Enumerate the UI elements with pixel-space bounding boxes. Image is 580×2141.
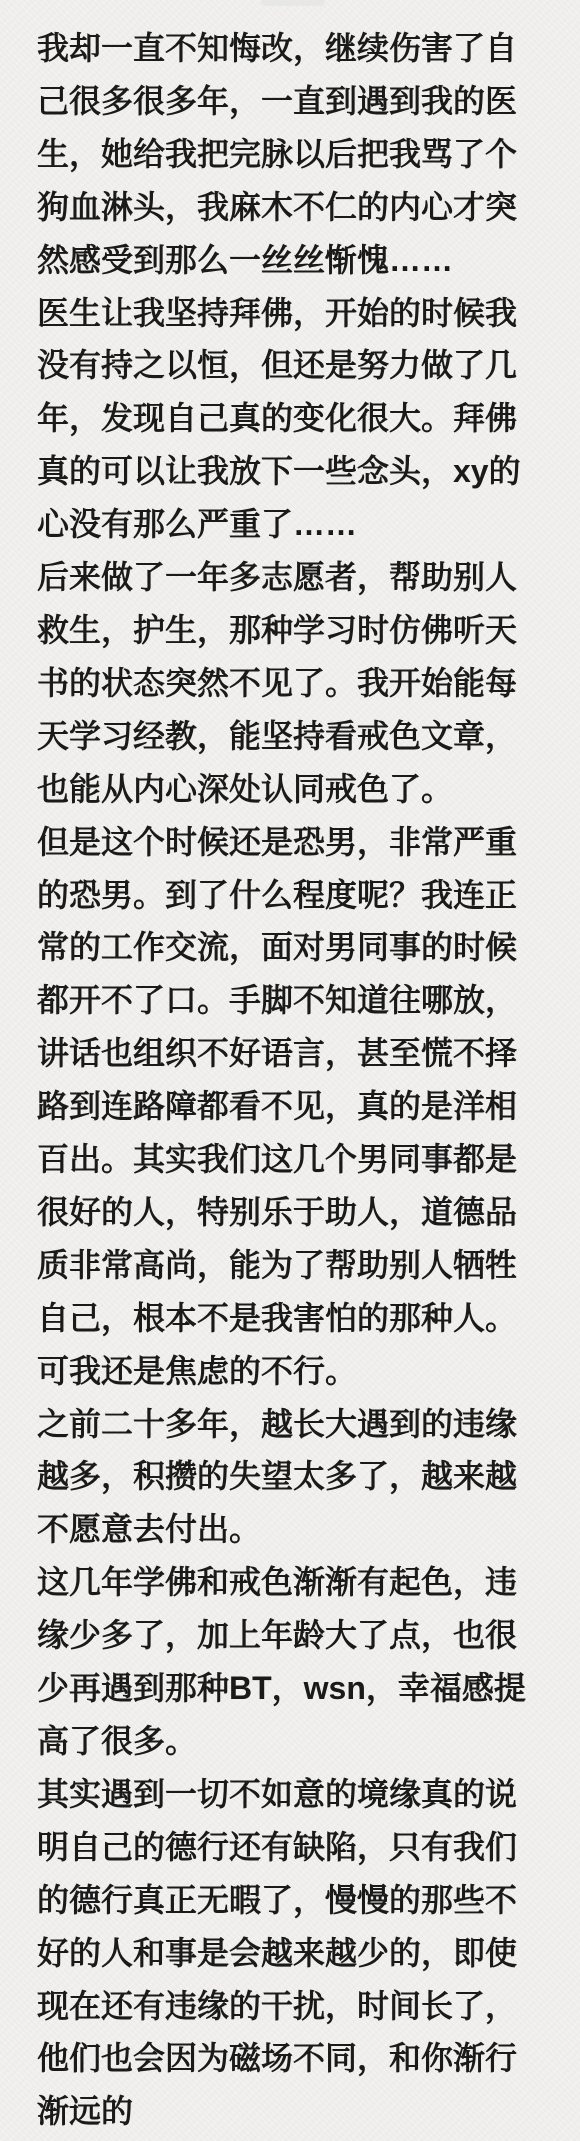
paragraph-5: 之前二十多年，越长大遇到的违缘越多，积攒的失望太多了，越来越不愿意去付出。 [37,1398,527,1557]
paragraph-4: 但是这个时候还是恐男，非常严重的恐男。到了什么程度呢？我连正常的工作交流，面对男… [37,816,527,1398]
paragraph-1: 我却一直不知悔改，继续伤害了自己很多很多年，一直到遇到我的医生，她给我把完脉以后… [37,22,527,287]
post-text: 我却一直不知悔改，继续伤害了自己很多很多年，一直到遇到我的医生，她给我把完脉以后… [0,0,580,2138]
paragraph-2: 医生让我坚持拜佛，开始的时候我没有持之以恒，但还是努力做了几年，发现自己真的变化… [37,287,527,552]
paragraph-6: 这几年学佛和戒色渐渐有起色，违缘少多了，加上年龄大了点，也很少再遇到那种BT，w… [37,1556,527,1768]
paragraph-7: 其实遇到一切不如意的境缘真的说明自己的德行还有缺陷，只有我们的德行真正无暇了，慢… [37,1768,527,2138]
paragraph-3: 后来做了一年多志愿者，帮助别人救生，护生，那种学习时仿佛听天书的状态突然不见了。… [37,551,527,816]
post-page: 我却一直不知悔改，继续伤害了自己很多很多年，一直到遇到我的医生，她给我把完脉以后… [0,0,580,2141]
